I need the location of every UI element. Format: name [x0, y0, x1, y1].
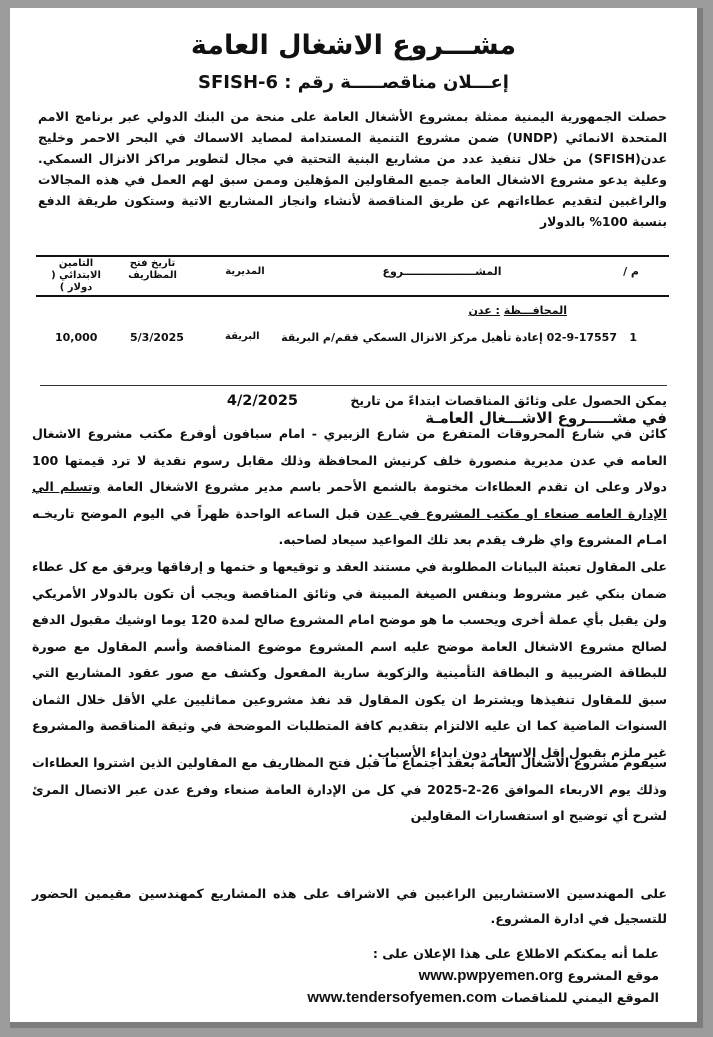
section-divider	[40, 385, 667, 386]
tender-subtitle: إعـــلان مناقصـــــة رقم : SFISH-6	[10, 72, 697, 93]
tenders-website-link[interactable]: www.tendersofyemen.com	[307, 989, 497, 1006]
guarantee-paragraph: على المقاول تعبئة البيانات المطلوبة في م…	[32, 554, 667, 766]
governorate-label: المحافـــظة : عدن	[468, 304, 567, 317]
tender-code: SFISH-6	[198, 72, 278, 93]
cell-initial-insurance: 10,000	[55, 331, 97, 344]
document-page: مشـــروع الاشغال العامة إعـــلان مناقصــ…	[10, 8, 703, 1028]
project-website: موقع المشروع www.pwpyemen.org	[32, 965, 667, 987]
links-section: علما أنه يمكنكم الاطلاع على هذا الإعلان …	[32, 943, 667, 1009]
project-website-link[interactable]: www.pwpyemen.org	[419, 967, 563, 984]
cell-no: 1	[629, 331, 637, 344]
submission-paragraph: كائن في شارع المحروقات المتفرع من شارع ا…	[32, 421, 667, 554]
cell-directorate: البريقة	[225, 331, 260, 342]
cell-project: 02-9-17557 إعادة تأهيل مركز الانزال السم…	[281, 331, 617, 344]
header-project: المشـــــــــــــــــــروع	[317, 266, 567, 278]
availability-date: 4/2/2025	[227, 393, 298, 409]
meeting-paragraph: سيقوم مشروع الاشغال العامة بعقد اجتماع م…	[32, 750, 667, 830]
cell-opening-date: 5/3/2025	[130, 331, 184, 344]
consultants-paragraph: على المهندسين الاستشاريين الراغبين في ال…	[32, 881, 667, 931]
table-header-rule	[36, 295, 669, 297]
subtitle-prefix: إعـــلان مناقصـــــة رقم :	[284, 72, 509, 93]
tenders-website: الموقع اليمني للمناقصات www.tendersofyem…	[32, 987, 667, 1009]
header-no: م /	[623, 266, 639, 278]
intro-paragraph: حصلت الجمهورية اليمنية ممثلة بمشروع الأش…	[38, 106, 667, 232]
page-title: مشـــروع الاشغال العامة	[10, 30, 697, 61]
table-top-rule	[36, 255, 669, 257]
header-opening-date: تاريخ فتح المظاريف	[125, 258, 180, 282]
tender-announcement: مشـــروع الاشغال العامة إعـــلان مناقصــ…	[10, 8, 697, 1022]
header-directorate: المديرية	[200, 266, 290, 278]
header-initial-insurance: التامين الابتدائي ( دولار )	[40, 258, 112, 294]
